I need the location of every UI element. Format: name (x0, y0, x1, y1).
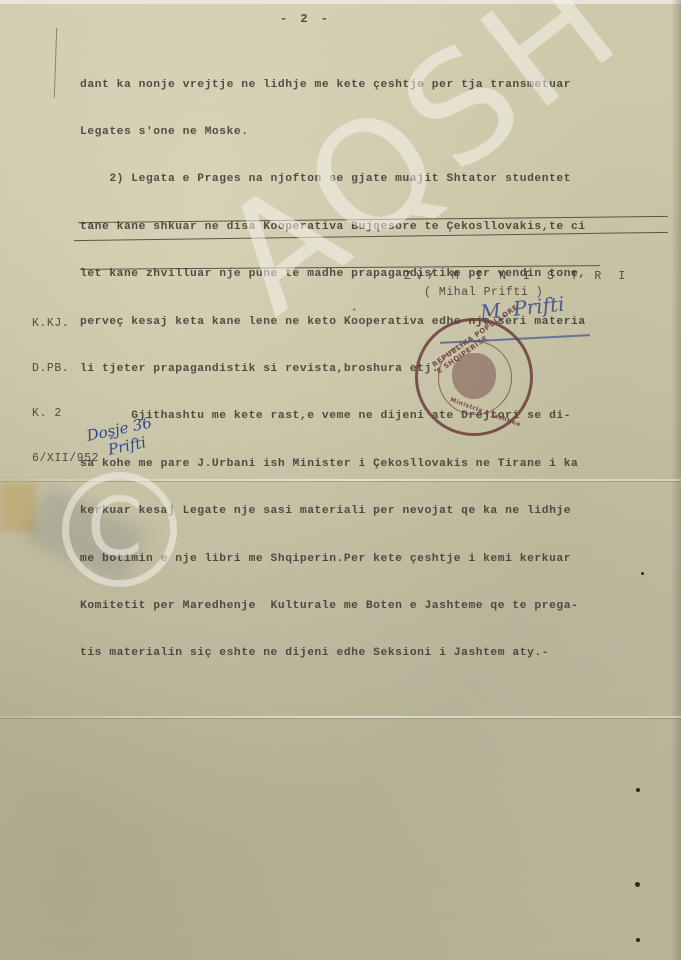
page-number: - 2 - (280, 12, 331, 26)
body-line: Legates s'one ne Moske. (80, 125, 586, 141)
reference-code: K. 2 (32, 406, 99, 421)
body-line: tis materialin siç eshte ne dijeni edhe … (80, 646, 586, 662)
reference-codes: K.KJ. D.PB. K. 2 6/XII/952 (32, 286, 99, 481)
body-line: me botimin e nje libri me Shqiperin.Per … (80, 552, 586, 568)
reference-code: D.PB. (32, 361, 99, 376)
body-line: Komitetit per Maredhenje Kulturale me Bo… (80, 599, 586, 615)
body-line: 2) Legata e Prages na njofton se gjate m… (80, 172, 586, 188)
body-line: sa kohe me pare J.Urbani ish Minister i … (80, 457, 586, 473)
reference-code: K.KJ. (32, 316, 99, 331)
punch-hole (636, 938, 640, 942)
body-line: kerkuar kesaj Legate nje sasi materiali … (80, 504, 586, 520)
paper-top-edge (0, 0, 681, 4)
punch-hole (636, 788, 640, 792)
signatory-title: Zv/ M I N I S T R I (404, 270, 630, 283)
punch-hole (635, 882, 640, 887)
official-seal-stamp: REPUBLIKA POPULLORE E SHQIPERISE Ministr… (415, 318, 533, 436)
pen-mark: .ˆ (348, 307, 357, 320)
fold-line-lower (0, 716, 681, 718)
reference-code: 6/XII/952 (32, 451, 99, 466)
punch-hole (641, 572, 644, 575)
body-line: dant ka nonje vrejtje ne lidhje me kete … (80, 78, 586, 94)
